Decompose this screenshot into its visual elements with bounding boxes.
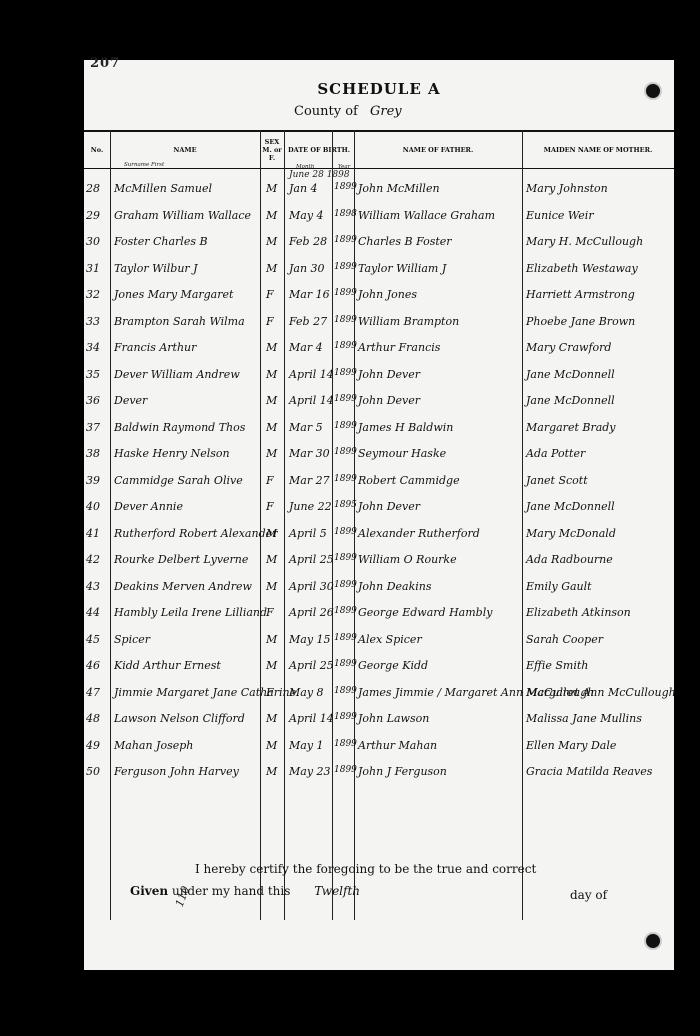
cell-year: 1899 bbox=[334, 633, 357, 643]
cell-father: Alexander Rutherford bbox=[358, 527, 480, 540]
cell-year: 1899 bbox=[334, 315, 357, 325]
cell-father: William Brampton bbox=[358, 315, 459, 328]
cell-name: Kidd Arthur Ernest bbox=[114, 659, 221, 672]
cell-father: Arthur Francis bbox=[358, 341, 440, 354]
cell-sex: F bbox=[266, 315, 274, 328]
given-word: Given bbox=[130, 884, 168, 898]
cell-no: 45 bbox=[86, 633, 100, 646]
cell-month-day: Mar 27 bbox=[289, 474, 330, 487]
cell-year: 1899 bbox=[334, 527, 357, 537]
cell-father: George Kidd bbox=[358, 659, 428, 672]
table-row: 46Kidd Arthur ErnestMApril 251899George … bbox=[84, 653, 674, 679]
table-row: 33Brampton Sarah WilmaFFeb 271899William… bbox=[84, 309, 674, 335]
cell-year: 1895 bbox=[334, 500, 357, 510]
cell-sex: M bbox=[266, 235, 277, 248]
cell-mother: Margaret Brady bbox=[526, 421, 616, 434]
table-row: 48Lawson Nelson CliffordMApril 141899Joh… bbox=[84, 706, 674, 732]
cell-month-day: Mar 4 bbox=[289, 341, 323, 354]
cell-father: Seymour Haske bbox=[358, 447, 446, 460]
cell-no: 41 bbox=[86, 527, 100, 540]
binder-hole-icon bbox=[644, 82, 662, 100]
table-row: 40Dever AnnieFJune 221895John DeverJane … bbox=[84, 494, 674, 520]
cell-name: Baldwin Raymond Thos bbox=[114, 421, 245, 434]
cell-no: 36 bbox=[86, 394, 100, 407]
cell-name: Dever bbox=[114, 394, 147, 407]
cell-sex: F bbox=[266, 288, 274, 301]
cell-year: 1899 bbox=[334, 288, 357, 298]
cell-year: 1898 bbox=[334, 209, 357, 219]
table-header: No. NAME SEX M. or F. DATE OF BIRTH. NAM… bbox=[84, 130, 674, 169]
cell-month-day: April 25 bbox=[289, 553, 334, 566]
cell-year: 1899 bbox=[334, 421, 357, 431]
cell-month-day: Mar 5 bbox=[289, 421, 323, 434]
cell-sex: M bbox=[266, 421, 277, 434]
cell-no: 46 bbox=[86, 659, 100, 672]
table-row: 32Jones Mary MargaretFMar 161899John Jon… bbox=[84, 282, 674, 308]
cell-no: 50 bbox=[86, 765, 100, 778]
cell-mother: Jane McDonnell bbox=[526, 368, 615, 381]
table-row: 36DeverMApril 141899John DeverJane McDon… bbox=[84, 388, 674, 414]
table-row: 35Dever William AndrewMApril 141899John … bbox=[84, 362, 674, 388]
cell-no: 43 bbox=[86, 580, 100, 593]
table-row: 34Francis ArthurMMar 41899Arthur Francis… bbox=[84, 335, 674, 361]
col-father: NAME OF FATHER. bbox=[354, 132, 522, 168]
table-row: 30Foster Charles BMFeb 281899Charles B F… bbox=[84, 229, 674, 255]
cell-mother: Mary Crawford bbox=[526, 341, 611, 354]
table-row: 39Cammidge Sarah OliveFMar 271899Robert … bbox=[84, 468, 674, 494]
cell-father: John J Ferguson bbox=[358, 765, 447, 778]
cell-mother: Jane McDonnell bbox=[526, 394, 615, 407]
cell-name: Deakins Merven Andrew bbox=[114, 580, 252, 593]
cell-name: Rourke Delbert Lyverne bbox=[114, 553, 248, 566]
cell-sex: M bbox=[266, 633, 277, 646]
table-row: 42Rourke Delbert LyverneMApril 251899Wil… bbox=[84, 547, 674, 573]
cell-month-day: Jan 4 bbox=[289, 182, 318, 195]
cell-sex: F bbox=[266, 606, 274, 619]
cell-month-day: April 14 bbox=[289, 394, 334, 407]
cell-month-day: April 5 bbox=[289, 527, 327, 540]
cell-name: Graham William Wallace bbox=[114, 209, 251, 222]
cell-year: 1899 bbox=[334, 182, 357, 192]
surname-first-label: Surname First bbox=[124, 162, 164, 168]
cell-no: 35 bbox=[86, 368, 100, 381]
cell-year: 1899 bbox=[334, 739, 357, 749]
cell-no: 38 bbox=[86, 447, 100, 460]
day-of-text: day of bbox=[570, 888, 607, 902]
cell-father: John Dever bbox=[358, 368, 420, 381]
cell-mother: Gracia Matilda Reaves bbox=[526, 765, 652, 778]
given-line: Given under my hand this Twelfth bbox=[130, 884, 360, 898]
cell-mother: Mary H. McCullough bbox=[526, 235, 643, 248]
cell-month-day: April 14 bbox=[289, 712, 334, 725]
cell-father: Charles B Foster bbox=[358, 235, 452, 248]
cell-name: McMillen Samuel bbox=[114, 182, 212, 195]
register-page: SCHEDULE A County of Grey No. NAME SEX M… bbox=[84, 60, 674, 970]
cell-month-day: Feb 28 bbox=[289, 235, 327, 248]
cell-father: John Jones bbox=[358, 288, 417, 301]
cell-year: 1899 bbox=[334, 553, 357, 563]
cell-name: Spicer bbox=[114, 633, 150, 646]
cell-mother: Phoebe Jane Brown bbox=[526, 315, 635, 328]
given-day: Twelfth bbox=[314, 884, 360, 898]
cell-sex: M bbox=[266, 527, 277, 540]
cell-month-day: May 15 bbox=[289, 633, 331, 646]
cell-no: 40 bbox=[86, 500, 100, 513]
cell-year: 1899 bbox=[334, 686, 357, 696]
cell-month-day: April 30 bbox=[289, 580, 334, 593]
table-row: 28McMillen SamuelMJan 41899John McMillen… bbox=[84, 176, 674, 202]
cell-month-day: Jan 30 bbox=[289, 262, 325, 275]
cell-name: Rutherford Robert Alexander bbox=[114, 527, 277, 540]
table-row: 29Graham William WallaceMMay 41898Willia… bbox=[84, 203, 674, 229]
cell-name: Francis Arthur bbox=[114, 341, 196, 354]
cell-month-day: April 26 bbox=[289, 606, 334, 619]
cell-year: 1899 bbox=[334, 712, 357, 722]
cell-father: Taylor William J bbox=[358, 262, 446, 275]
cell-father: James H Baldwin bbox=[358, 421, 453, 434]
cell-sex: M bbox=[266, 580, 277, 593]
cell-mother: Ada Potter bbox=[526, 447, 585, 460]
page-number: 207 bbox=[90, 56, 120, 71]
cell-father: William O Rourke bbox=[358, 553, 457, 566]
cell-year: 1899 bbox=[334, 580, 357, 590]
schedule-title: SCHEDULE A bbox=[84, 80, 674, 98]
cell-name: Foster Charles B bbox=[114, 235, 208, 248]
cell-no: 44 bbox=[86, 606, 100, 619]
cell-mother: Elizabeth Atkinson bbox=[526, 606, 631, 619]
cell-year: 1899 bbox=[334, 262, 357, 272]
table-row: 49Mahan JosephMMay 11899Arthur MahanElle… bbox=[84, 733, 674, 759]
cell-mother: Ada Radbourne bbox=[526, 553, 613, 566]
cell-sex: M bbox=[266, 182, 277, 195]
cell-mother: Margaret Ann McCullough bbox=[526, 686, 676, 699]
cell-name: Dever Annie bbox=[114, 500, 183, 513]
binder-hole-icon bbox=[644, 932, 662, 950]
cell-month-day: Mar 16 bbox=[289, 288, 330, 301]
cell-month-day: April 14 bbox=[289, 368, 334, 381]
cell-sex: M bbox=[266, 394, 277, 407]
cell-father: John Deakins bbox=[358, 580, 432, 593]
cell-sex: M bbox=[266, 368, 277, 381]
table-row: 31Taylor Wilbur JMJan 301899Taylor Willi… bbox=[84, 256, 674, 282]
cell-no: 31 bbox=[86, 262, 100, 275]
cell-year: 1899 bbox=[334, 659, 357, 669]
cell-sex: M bbox=[266, 712, 277, 725]
table-row: 47Jimmie Margaret Jane CatharineFMay 818… bbox=[84, 680, 674, 706]
cell-sex: M bbox=[266, 209, 277, 222]
cell-mother: Jane McDonnell bbox=[526, 500, 615, 513]
cell-no: 48 bbox=[86, 712, 100, 725]
col-dob: DATE OF BIRTH. bbox=[284, 132, 354, 168]
county-value: Grey bbox=[370, 104, 402, 119]
cell-father: Alex Spicer bbox=[358, 633, 422, 646]
cell-no: 42 bbox=[86, 553, 100, 566]
cell-year: 1899 bbox=[334, 235, 357, 245]
cell-name: Jones Mary Margaret bbox=[114, 288, 233, 301]
table-row: 44Hambly Leila Irene LilliandFApril 2618… bbox=[84, 600, 674, 626]
cell-no: 37 bbox=[86, 421, 100, 434]
county-line: County of Grey bbox=[294, 104, 402, 119]
cell-mother: Janet Scott bbox=[526, 474, 588, 487]
cell-sex: M bbox=[266, 447, 277, 460]
cell-mother: Elizabeth Westaway bbox=[526, 262, 638, 275]
table-row: 37Baldwin Raymond ThosMMar 51899James H … bbox=[84, 415, 674, 441]
cell-name: Haske Henry Nelson bbox=[114, 447, 230, 460]
table-row: 38Haske Henry NelsonMMar 301899Seymour H… bbox=[84, 441, 674, 467]
cell-sex: M bbox=[266, 262, 277, 275]
col-mother: MAIDEN NAME OF MOTHER. bbox=[522, 132, 674, 168]
cell-sex: M bbox=[266, 765, 277, 778]
cell-no: 30 bbox=[86, 235, 100, 248]
col-no: No. bbox=[84, 132, 110, 168]
cell-month-day: Feb 27 bbox=[289, 315, 327, 328]
cell-father: John McMillen bbox=[358, 182, 440, 195]
cell-mother: Mary McDonald bbox=[526, 527, 616, 540]
cell-month-day: Mar 30 bbox=[289, 447, 330, 460]
cell-name: Taylor Wilbur J bbox=[114, 262, 198, 275]
cell-sex: F bbox=[266, 474, 274, 487]
table-row: 41Rutherford Robert AlexanderMApril 5189… bbox=[84, 521, 674, 547]
cell-year: 1899 bbox=[334, 368, 357, 378]
cell-month-day: April 25 bbox=[289, 659, 334, 672]
cell-sex: M bbox=[266, 341, 277, 354]
col-sex: SEX M. or F. bbox=[260, 132, 284, 168]
cell-mother: Malissa Jane Mullins bbox=[526, 712, 642, 725]
table-row: 45SpicerMMay 151899Alex SpicerSarah Coop… bbox=[84, 627, 674, 653]
cell-name: Dever William Andrew bbox=[114, 368, 240, 381]
cell-sex: F bbox=[266, 686, 274, 699]
cell-no: 28 bbox=[86, 182, 100, 195]
cell-father: Arthur Mahan bbox=[358, 739, 437, 752]
cell-month-day: May 4 bbox=[289, 209, 324, 222]
cell-mother: Emily Gault bbox=[526, 580, 592, 593]
cell-year: 1899 bbox=[334, 606, 357, 616]
cell-year: 1899 bbox=[334, 765, 357, 775]
cell-sex: F bbox=[266, 500, 274, 513]
cell-month-day: May 8 bbox=[289, 686, 324, 699]
cell-father: George Edward Hambly bbox=[358, 606, 492, 619]
cell-mother: Sarah Cooper bbox=[526, 633, 603, 646]
cell-no: 32 bbox=[86, 288, 100, 301]
cell-mother: Effie Smith bbox=[526, 659, 588, 672]
cell-no: 33 bbox=[86, 315, 100, 328]
cell-mother: Mary Johnston bbox=[526, 182, 608, 195]
cell-father: William Wallace Graham bbox=[358, 209, 495, 222]
cell-name: Brampton Sarah Wilma bbox=[114, 315, 245, 328]
cell-year: 1899 bbox=[334, 447, 357, 457]
cell-name: Mahan Joseph bbox=[114, 739, 193, 752]
cell-mother: Eunice Weir bbox=[526, 209, 594, 222]
cell-no: 39 bbox=[86, 474, 100, 487]
cell-year: 1899 bbox=[334, 341, 357, 351]
cell-no: 29 bbox=[86, 209, 100, 222]
cell-father: John Dever bbox=[358, 394, 420, 407]
cell-name: Cammidge Sarah Olive bbox=[114, 474, 243, 487]
cell-no: 47 bbox=[86, 686, 100, 699]
cell-year: 1899 bbox=[334, 474, 357, 484]
table-row: 50Ferguson John HarveyMMay 231899John J … bbox=[84, 759, 674, 785]
cell-father: John Dever bbox=[358, 500, 420, 513]
cell-sex: M bbox=[266, 553, 277, 566]
cell-mother: Ellen Mary Dale bbox=[526, 739, 616, 752]
cell-month-day: June 22 bbox=[289, 500, 332, 513]
cell-month-day: May 23 bbox=[289, 765, 331, 778]
cell-no: 34 bbox=[86, 341, 100, 354]
table-row: 43Deakins Merven AndrewMApril 301899John… bbox=[84, 574, 674, 600]
certification-text: I hereby certify the foregoing to be the… bbox=[195, 862, 536, 876]
cell-name: Ferguson John Harvey bbox=[114, 765, 239, 778]
cell-sex: M bbox=[266, 739, 277, 752]
cell-name: Hambly Leila Irene Lilliand bbox=[114, 606, 267, 619]
cell-father: Robert Cammidge bbox=[358, 474, 460, 487]
cell-father: John Lawson bbox=[358, 712, 429, 725]
cell-mother: Harriett Armstrong bbox=[526, 288, 635, 301]
cell-year: 1899 bbox=[334, 394, 357, 404]
county-label: County of bbox=[294, 104, 358, 119]
cell-name: Lawson Nelson Clifford bbox=[114, 712, 245, 725]
cell-month-day: May 1 bbox=[289, 739, 324, 752]
cell-no: 49 bbox=[86, 739, 100, 752]
cell-sex: M bbox=[266, 659, 277, 672]
